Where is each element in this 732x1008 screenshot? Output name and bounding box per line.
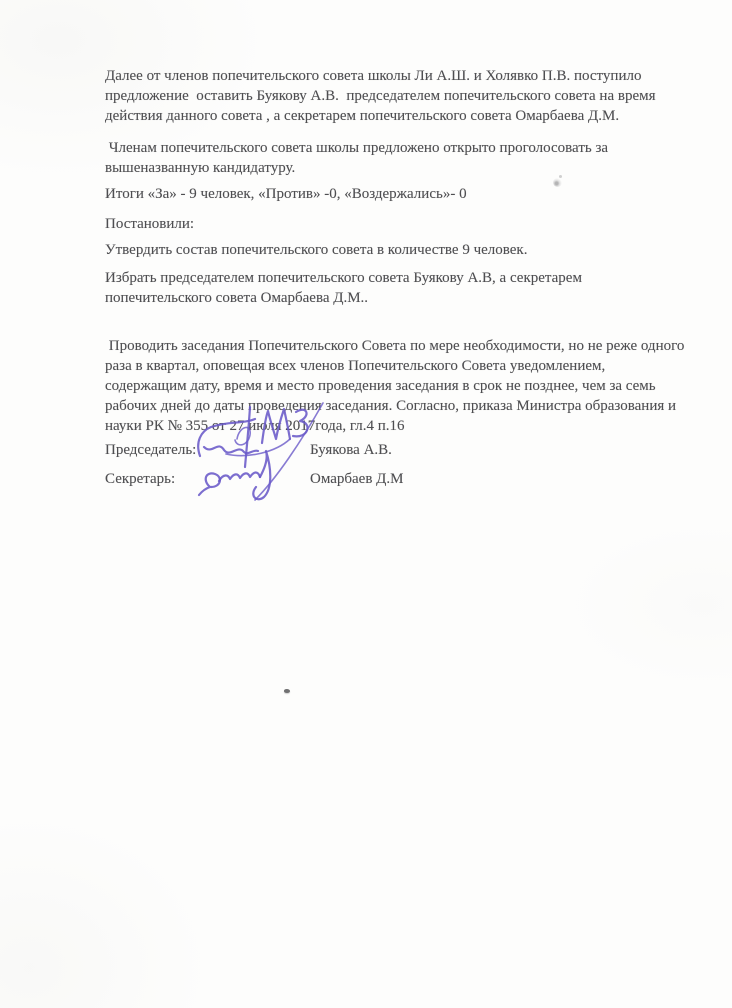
paragraph-proposal: Далее от членов попечительского совета ш… <box>105 66 690 126</box>
secretary-name: Омарбаев Д.М <box>310 469 690 489</box>
chairman-name: Буякова А.В. <box>310 440 690 460</box>
paragraph-resolved-heading: Постановили: <box>105 214 690 234</box>
signature-row-chairman: Председатель: Буякова А.В. <box>105 440 690 460</box>
signature-row-secretary: Секретарь: Омарбаев Д.М <box>105 469 690 489</box>
paragraph-elect-chairman: Избрать председателем попечительского со… <box>105 268 690 308</box>
chairman-label: Председатель: <box>105 440 310 460</box>
scan-speck <box>553 178 562 187</box>
secretary-label: Секретарь: <box>105 469 310 489</box>
paragraph-meeting-rules: Проводить заседания Попечительского Сове… <box>105 336 690 436</box>
scanned-document-page: Далее от членов попечительского совета ш… <box>0 0 732 1008</box>
paragraph-approve-composition: Утвердить состав попечительского совета … <box>105 240 690 260</box>
paragraph-vote-results: Итоги «За» - 9 человек, «Против» -0, «Во… <box>105 184 690 204</box>
scan-speck <box>284 689 290 693</box>
document-body: Далее от членов попечительского совета ш… <box>105 66 690 498</box>
paragraph-open-vote: Членам попечительского совета школы пред… <box>105 138 690 178</box>
